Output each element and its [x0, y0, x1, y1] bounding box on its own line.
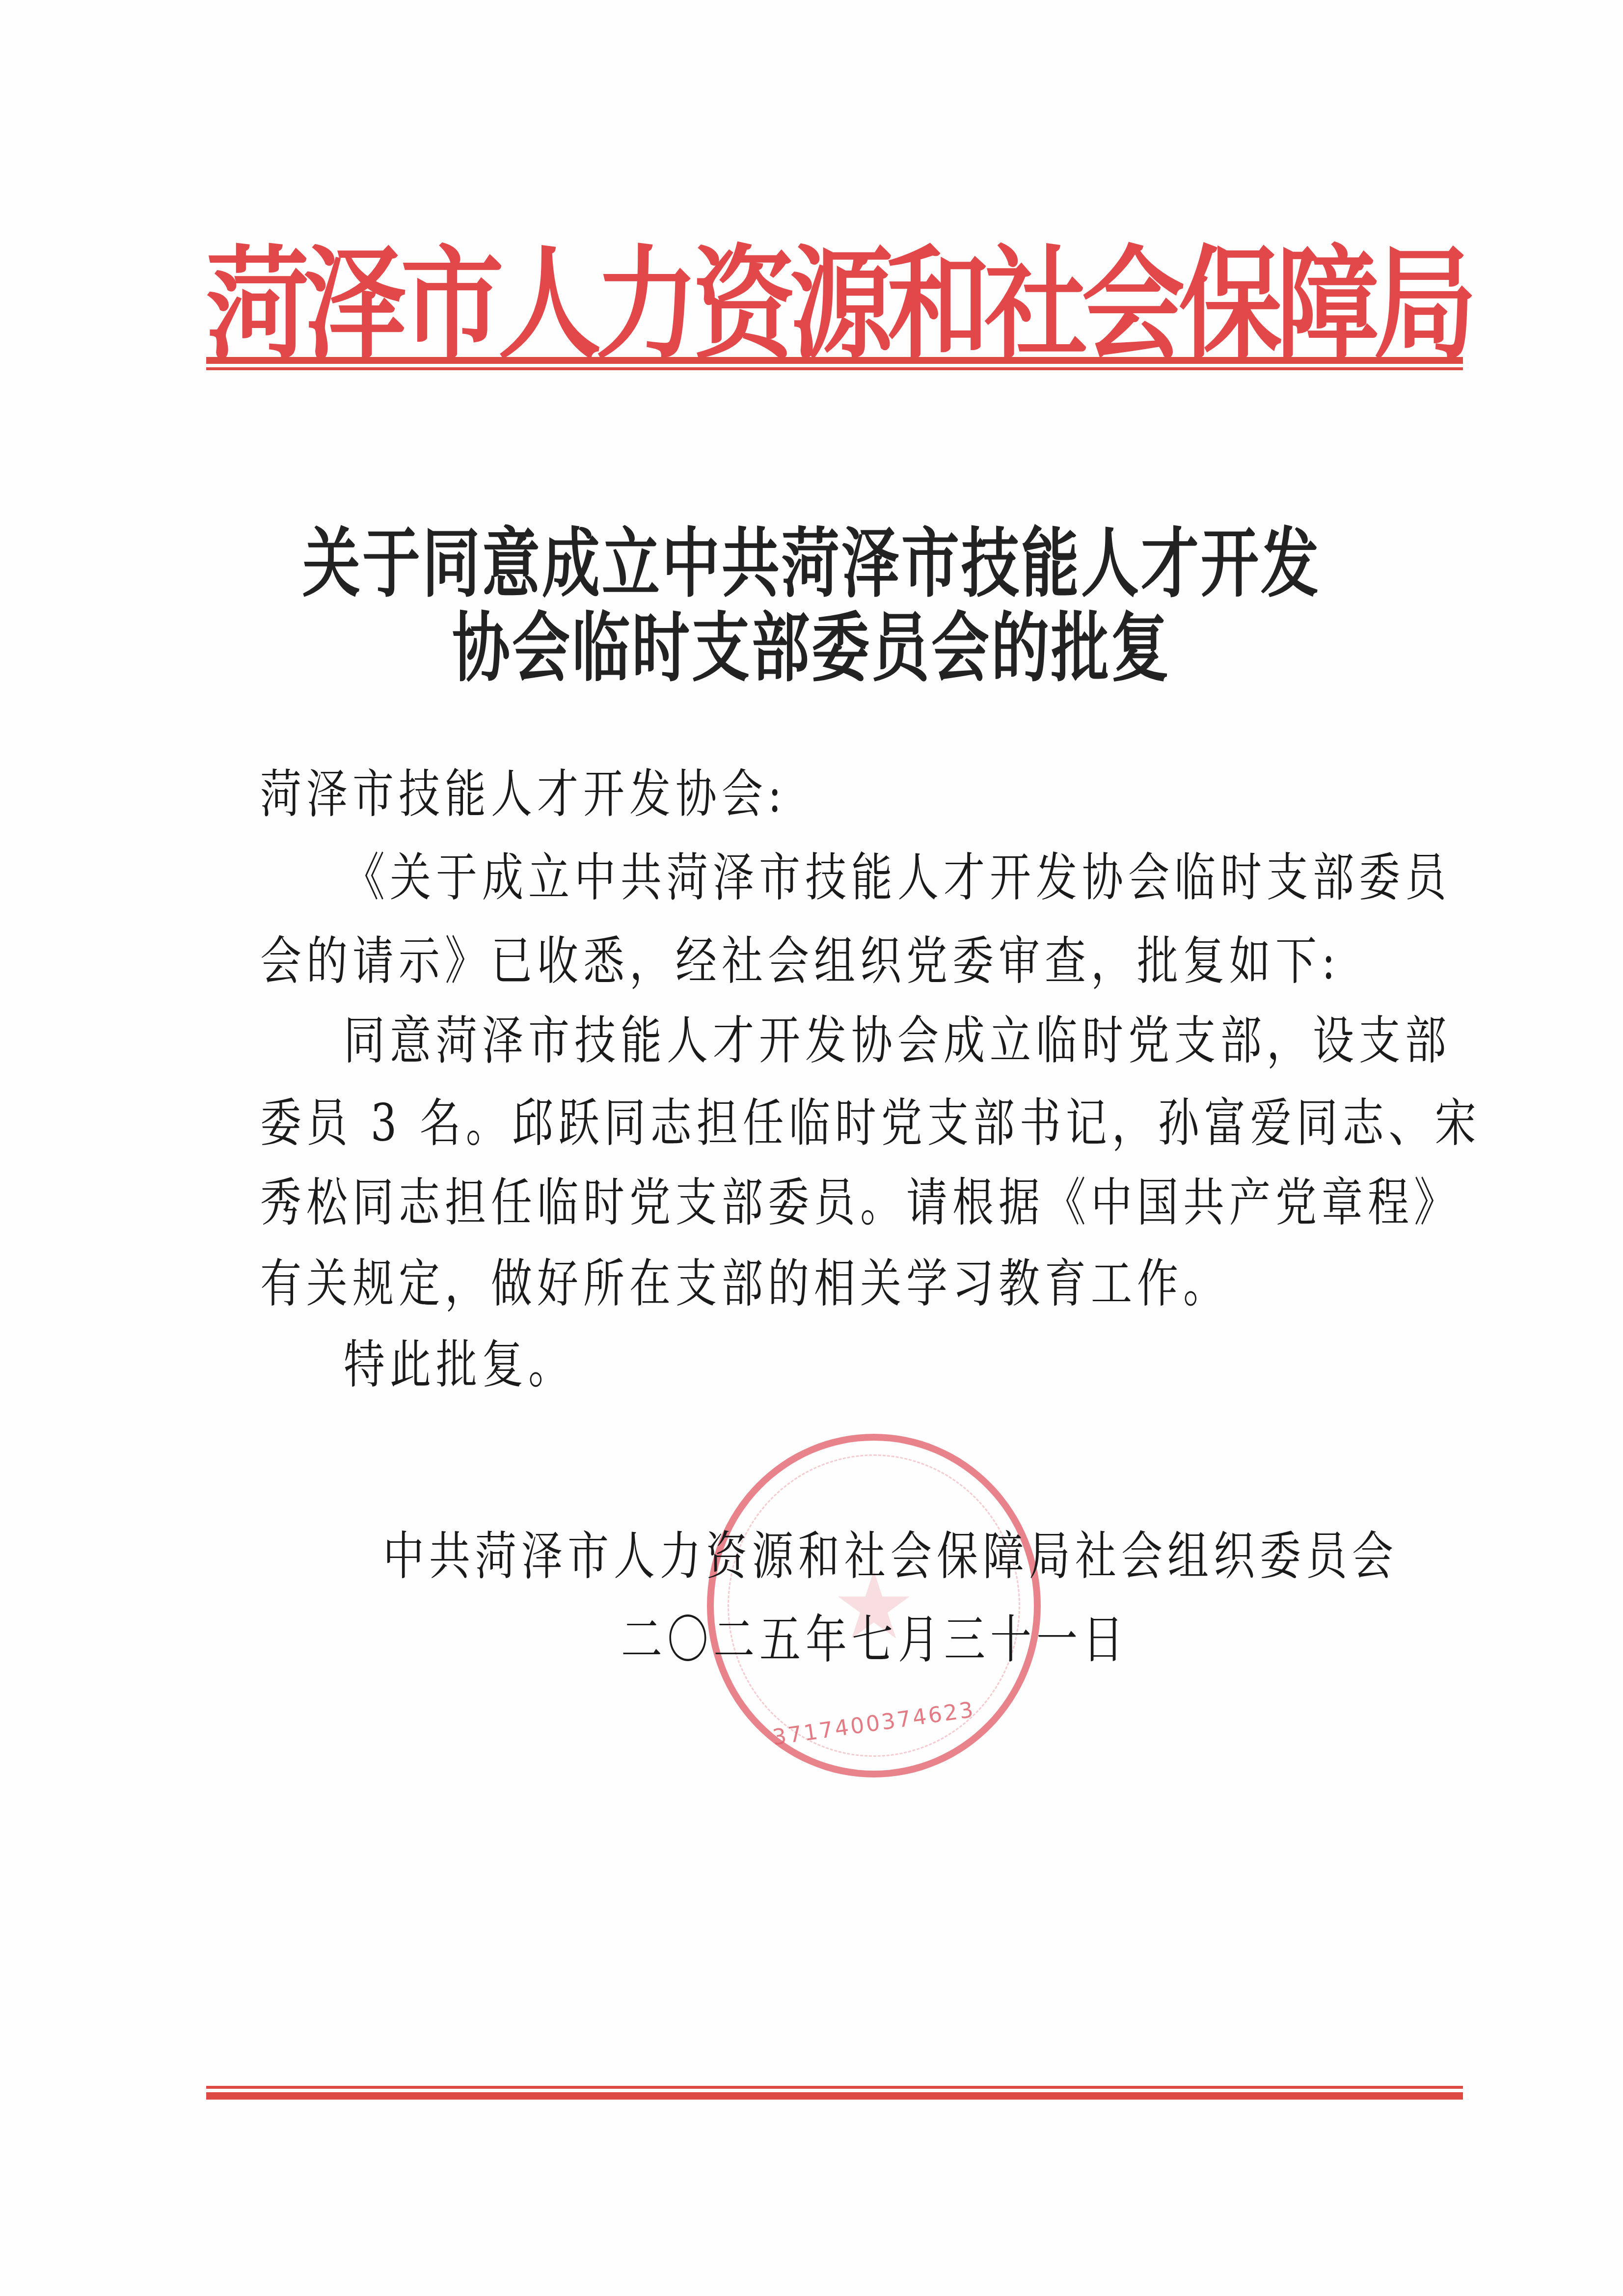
salutation: 菏泽市技能人才开发协会: [260, 760, 1389, 820]
masthead-char: 障 [1276, 207, 1366, 382]
masthead-char: 社 [984, 207, 1074, 382]
signature-date: 二〇二五年七月三十一日 [621, 1606, 1129, 1665]
signature-organization: 中共菏泽市人力资源和社会保障局社会组织委员会 [383, 1522, 1398, 1582]
paragraph-1-line-1: 《关于成立中共菏泽市技能人才开发协会临时支部委员 [344, 844, 1473, 903]
masthead-char: 力 [595, 207, 685, 382]
paragraph-1-line-2: 会的请示》已收悉，经社会组织党委审查，批复如下: [260, 927, 1389, 986]
footer-divider-thin [206, 2086, 1463, 2089]
closing-line: 特此批复。 [344, 1331, 1473, 1390]
masthead-char: 资 [693, 207, 782, 382]
document-masthead: 菏 泽 市 人 力 资 源 和 社 会 保 障 局 [206, 231, 1463, 358]
footer-divider-thick [206, 2092, 1463, 2100]
masthead-char: 泽 [303, 207, 393, 382]
paragraph-2-line-1: 同意菏泽市技能人才开发协会成立临时党支部，设支部 [344, 1007, 1473, 1066]
masthead-divider-thin [206, 367, 1463, 370]
official-document-page: 菏 泽 市 人 力 资 源 和 社 会 保 障 局 关于同意成立中共菏泽市技能人… [0, 0, 1623, 2296]
paragraph-2-line-2: 委员 3 名。邱跃同志担任临时党支部书记，孙富爱同志、宋 [260, 1089, 1389, 1148]
masthead-char: 市 [401, 207, 490, 382]
document-title-line-2: 协会临时支部委员会的批复 [0, 600, 1623, 683]
document-title-line-1: 关于同意成立中共菏泽市技能人才开发 [0, 516, 1623, 599]
masthead-divider-thick [206, 357, 1463, 364]
masthead-char: 人 [498, 207, 587, 382]
paragraph-2-line-3: 秀松同志担任临时党支部委员。请根据《中国共产党章程》 [260, 1169, 1389, 1228]
masthead-char: 会 [1082, 207, 1171, 382]
masthead-char: 源 [790, 207, 879, 382]
masthead-char: 局 [1374, 207, 1463, 382]
paragraph-2-line-4: 有关规定，做好所在支部的相关学习教育工作。 [260, 1250, 1389, 1309]
masthead-char: 和 [887, 207, 976, 382]
masthead-char: 保 [1179, 207, 1269, 382]
masthead-char: 菏 [206, 207, 296, 382]
